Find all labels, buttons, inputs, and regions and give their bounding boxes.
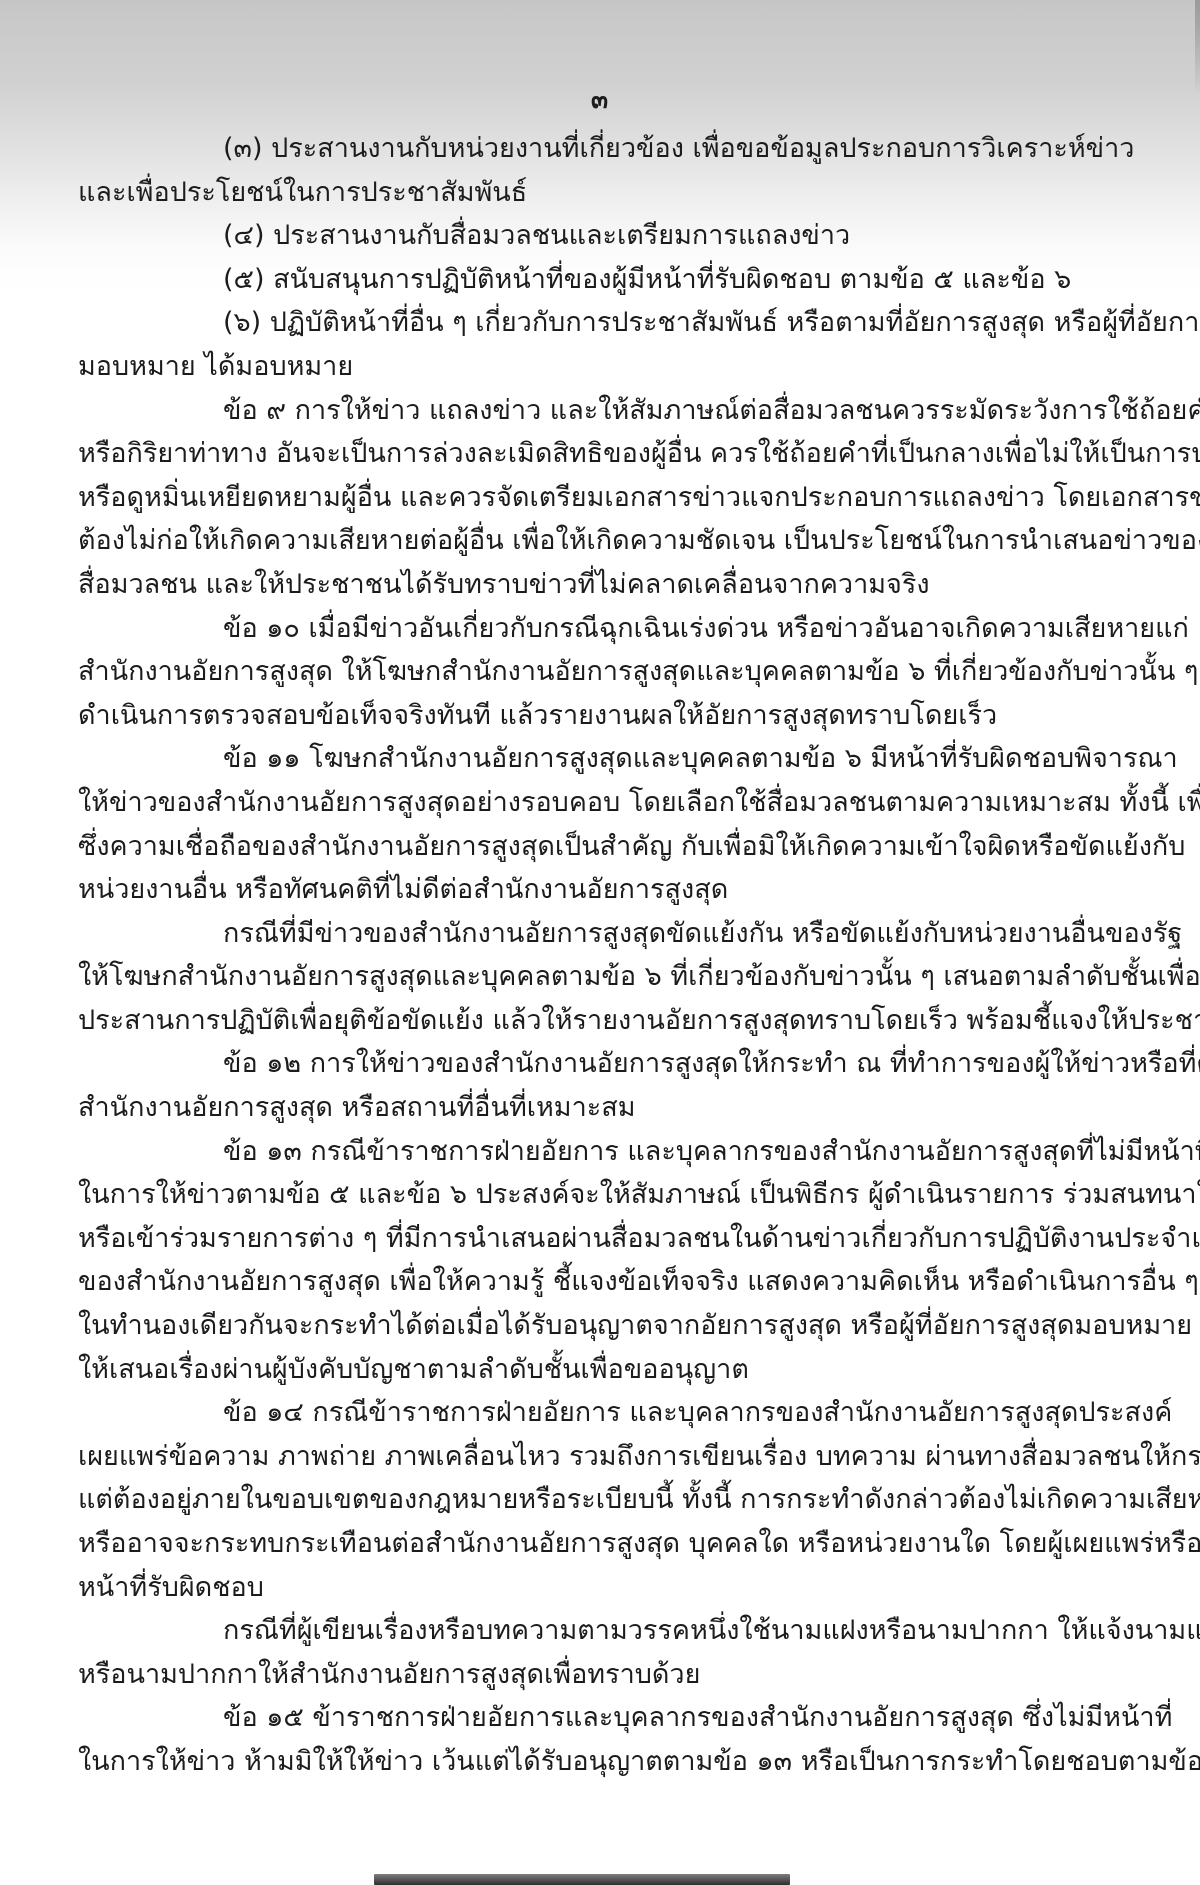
text-line: ในการให้ข่าวตามข้อ ๕ และข้อ ๖ ประสงค์จะใ… (78, 1173, 1140, 1217)
text-line: กรณีที่ผู้เขียนเรื่องหรือบทความตามวรรคหน… (78, 1609, 1140, 1653)
text-line: ดำเนินการตรวจสอบข้อเท็จจริงทันที แล้วราย… (78, 694, 1140, 738)
document-text-block: (๓) ประสานงานกับหน่วยงานที่เกี่ยวข้อง เพ… (78, 127, 1140, 1784)
page-number: ๓ (0, 80, 1200, 120)
text-line: (๔) ประสานงานกับสื่อมวลชนและเตรียมการแถล… (78, 214, 1140, 258)
text-line: เผยแพร่ข้อความ ภาพถ่าย ภาพเคลื่อนไหว รวม… (78, 1435, 1140, 1479)
text-line: มอบหมาย ได้มอบหมาย (78, 345, 1140, 389)
text-line: (๖) ปฏิบัติหน้าที่อื่น ๆ เกี่ยวกับการประ… (78, 301, 1140, 345)
text-line: ของสำนักงานอัยการสูงสุด เพื่อให้ความรู้ … (78, 1260, 1140, 1304)
scan-artifact-bar (374, 1874, 790, 1885)
text-line: ให้ข่าวของสำนักงานอัยการสูงสุดอย่างรอบคอ… (78, 781, 1140, 825)
text-line: ข้อ ๑๑ โฆษกสำนักงานอัยการสูงสุดและบุคคลต… (78, 737, 1140, 781)
scanned-document-page: { "colors": { "scan_gray": "#c6c6c6", "t… (0, 0, 1200, 1885)
text-line: หรือเข้าร่วมรายการต่าง ๆ ที่มีการนำเสนอผ… (78, 1217, 1140, 1261)
text-line: สำนักงานอัยการสูงสุด หรือสถานที่อื่นที่เ… (78, 1086, 1140, 1130)
text-line: ต้องไม่ก่อให้เกิดความเสียหายต่อผู้อื่น เ… (78, 519, 1140, 563)
text-line: หน้าที่รับผิดชอบ (78, 1566, 1140, 1610)
text-line: หรือนามปากกาให้สำนักงานอัยการสูงสุดเพื่อ… (78, 1653, 1140, 1697)
text-line: กรณีที่มีข่าวของสำนักงานอัยการสูงสุดขัดแ… (78, 912, 1140, 956)
text-line: (๕) สนับสนุนการปฏิบัติหน้าที่ของผู้มีหน้… (78, 258, 1140, 302)
text-line: ข้อ ๑๐ เมื่อมีข่าวอันเกี่ยวกับกรณีฉุกเฉิ… (78, 607, 1140, 651)
text-line: หรืออาจจะกระทบกระเทือนต่อสำนักงานอัยการส… (78, 1522, 1140, 1566)
text-line: ประสานการปฏิบัติเพื่อยุติข้อขัดแย้ง แล้ว… (78, 999, 1140, 1043)
text-line: ให้เสนอเรื่องผ่านผู้บังคับบัญชาตามลำดับช… (78, 1348, 1140, 1392)
text-line: สำนักงานอัยการสูงสุด ให้โฆษกสำนักงานอัยก… (78, 650, 1140, 694)
text-line: ซึ่งความเชื่อถือของสำนักงานอัยการสูงสุดเ… (78, 825, 1140, 869)
text-line: ข้อ ๑๓ กรณีข้าราชการฝ่ายอัยการ และบุคลาก… (78, 1130, 1140, 1174)
text-line: หน่วยงานอื่น หรือทัศนคติที่ไม่ดีต่อสำนัก… (78, 868, 1140, 912)
text-line: ในการให้ข่าว ห้ามมิให้ให้ข่าว เว้นแต่ได้… (78, 1740, 1140, 1784)
text-line: หรือดูหมิ่นเหยียดหยามผู้อื่น และควรจัดเต… (78, 476, 1140, 520)
text-line: และเพื่อประโยชน์ในการประชาสัมพันธ์ (78, 171, 1140, 215)
text-line: ข้อ ๑๕ ข้าราชการฝ่ายอัยการและบุคลากรของส… (78, 1696, 1140, 1740)
text-line: ข้อ ๙ การให้ข่าว แถลงข่าว และให้สัมภาษณ์… (78, 389, 1140, 433)
text-line: ในทำนองเดียวกันจะกระทำได้ต่อเมื่อได้รับอ… (78, 1304, 1140, 1348)
text-line: หรือกิริยาท่าทาง อันจะเป็นการล่วงละเมิดส… (78, 432, 1140, 476)
text-line: แต่ต้องอยู่ภายในขอบเขตของกฎหมายหรือระเบี… (78, 1478, 1140, 1522)
text-line: ข้อ ๑๔ กรณีข้าราชการฝ่ายอัยการ และบุคลาก… (78, 1391, 1140, 1435)
text-line: สื่อมวลชน และให้ประชาชนได้รับทราบข่าวที่… (78, 563, 1140, 607)
text-line: ข้อ ๑๒ การให้ข่าวของสำนักงานอัยการสูงสุด… (78, 1042, 1140, 1086)
text-line: (๓) ประสานงานกับหน่วยงานที่เกี่ยวข้อง เพ… (78, 127, 1140, 171)
text-line: ให้โฆษกสำนักงานอัยการสูงสุดและบุคคลตามข้… (78, 955, 1140, 999)
